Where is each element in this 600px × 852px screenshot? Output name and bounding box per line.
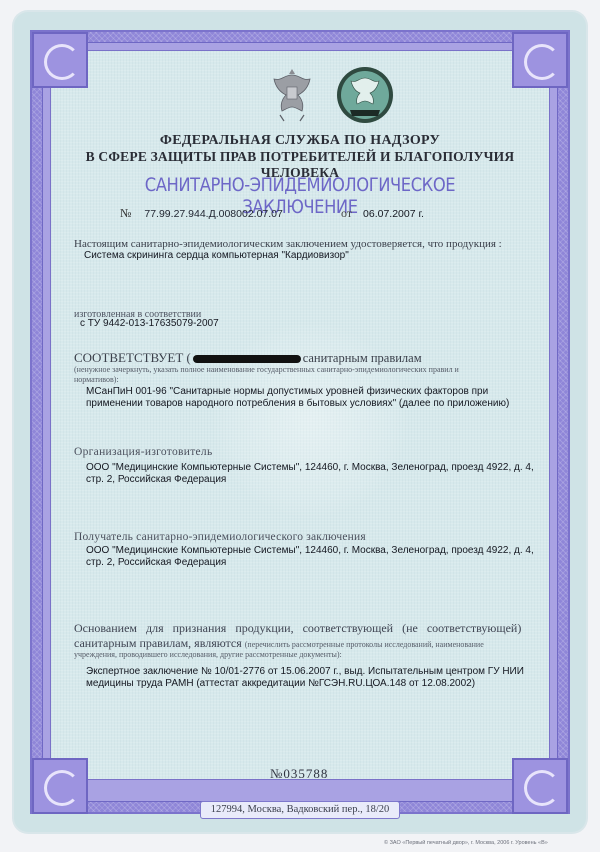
number-label: № (120, 206, 131, 220)
conformity-statement: СООТВЕТСТВУЕТ (санитарным правилам (74, 350, 544, 366)
corner-ornament-icon (32, 32, 88, 88)
conformity-prefix: СООТВЕТСТВУЕТ (74, 350, 183, 365)
struck-out-text (193, 355, 301, 363)
basis-line1: Основанием для признания продукции, соот… (74, 621, 544, 636)
product-name: Система скрининга сердца компьютерная "К… (84, 250, 554, 261)
technical-spec: с ТУ 9442-013-17635079-2007 (80, 318, 550, 329)
basis-line2: санитарным правилам, являются (перечисли… (74, 636, 544, 651)
sanitary-rules: МСанПиН 001-96 "Санитарные нормы допусти… (86, 386, 546, 410)
number-value: 77.99.27.944.Д.008002.07.07 (144, 208, 282, 220)
hologram-seal-icon (336, 66, 394, 124)
certificate-page: ФЕДЕРАЛЬНАЯ СЛУЖБА ПО НАДЗОРУ В СФЕРЕ ЗА… (0, 0, 600, 852)
printer-credit: © ЗАО «Первый печатный двор», г. Москва,… (384, 840, 548, 846)
manufacturer-label: Организация-изготовитель (74, 446, 544, 458)
recipient-label: Получатель санитарно-эпидемиологического… (74, 531, 544, 543)
date-value: 06.07.2007 г. (363, 208, 424, 220)
agency-header-line1: ФЕДЕРАЛЬНАЯ СЛУЖБА ПО НАДЗОРУ (50, 133, 550, 149)
serial-number: №035788 (270, 766, 328, 782)
basis-line2-text: санитарным правилам, являются (74, 636, 242, 650)
corner-ornament-icon (512, 758, 568, 814)
manufacturer-value: ООО "Медицинские Компьютерные Системы", … (86, 462, 546, 486)
basis-value: Экспертное заключение № 10/01-2776 от 15… (86, 666, 556, 690)
certificate-number: № 77.99.27.944.Д.008002.07.07 (120, 206, 283, 221)
emblems (270, 62, 410, 128)
certificate-date: от 06.07.2007 г. (341, 206, 424, 221)
corner-ornament-icon (32, 758, 88, 814)
intro-text: Настоящим санитарно-эпидемиологическим з… (74, 238, 544, 250)
russian-coat-of-arms-icon (270, 65, 314, 125)
date-label: от (341, 206, 352, 220)
recipient-value: ООО "Медицинские Компьютерные Системы", … (86, 545, 546, 569)
corner-ornament-icon (512, 32, 568, 88)
basis-note: учреждения, проводившего исследования, д… (74, 650, 544, 659)
conformity-suffix: санитарным правилам (303, 351, 422, 365)
conformity-note: (ненужное зачеркнуть, указать полное наи… (74, 365, 504, 385)
footer-address: 127994, Москва, Вадковский пер., 18/20 (200, 801, 400, 819)
basis-line2-note: (перечислить рассмотренные протоколы исс… (245, 640, 484, 649)
